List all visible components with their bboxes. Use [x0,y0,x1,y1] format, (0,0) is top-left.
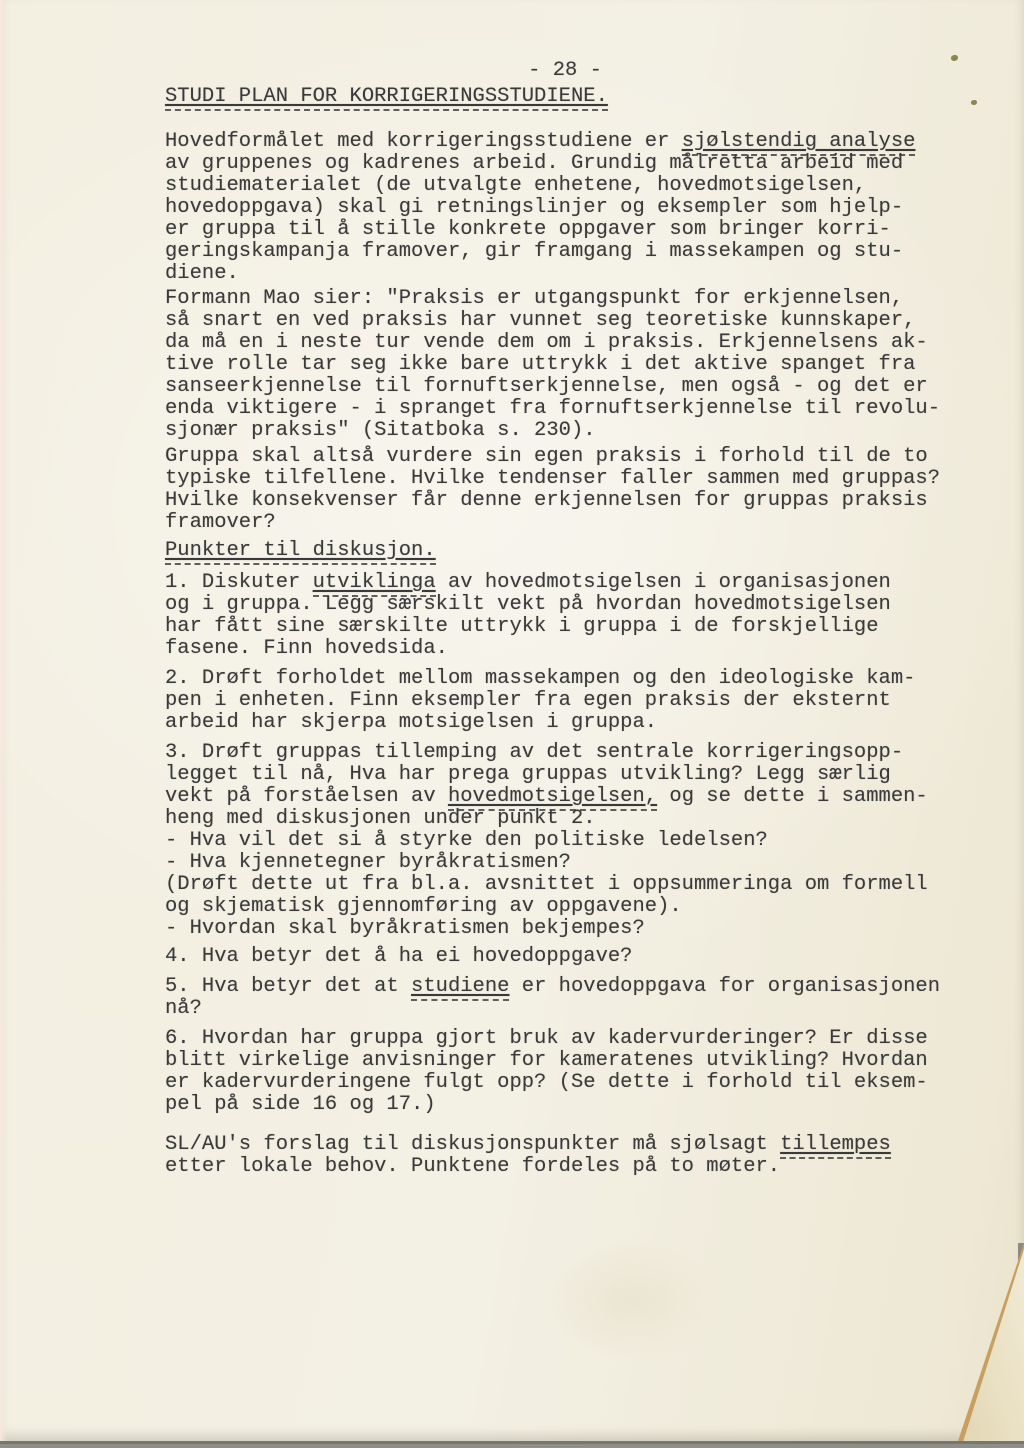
text-line: - Hva kjennetegner byråkratismen? [165,852,965,874]
text-line: sanseerkjennelse til fornuftserkjennelse… [165,376,965,398]
text-segment: - Hvordan skal byråkratismen bekjempes? [165,917,645,940]
text-line: Formann Mao sier: "Praksis er utgangspun… [165,288,965,310]
text-line: 3. Drøft gruppas tillemping av det sentr… [165,742,965,764]
text-segment: og skjematisk gjennomføring av oppgavene… [165,895,682,918]
text-line: legget til nå, Hva har prega gruppas utv… [165,764,965,786]
text-segment: er gruppa til å stille konkrete oppgaver… [165,218,891,241]
text-line: geringskampanja framover, gir framgang i… [165,241,965,263]
paragraph-gruppa: Gruppa skal altså vurdere sin egen praks… [165,446,965,534]
text-line: typiske tilfellene. Hvilke tendenser fal… [165,468,965,490]
text-segment: diene. [165,262,239,285]
text-line: heng med diskusjonen under punkt 2. [165,808,965,830]
text-line: (Drøft dette ut fra bl.a. avsnittet i op… [165,874,965,896]
text-line: diene. [165,263,965,285]
text-segment: er hovedoppgava for organisasjonen [509,975,940,998]
text-line: vekt på forståelsen av hovedmotsigelsen,… [165,786,965,808]
text-segment: da må en i neste tur vende dem om i prak… [165,331,928,354]
underlined-text: STUDI PLAN FOR KORRIGERINGSSTUDIENE. [165,85,608,111]
text-segment: - Hva kjennetegner byråkratismen? [165,851,571,874]
underlined-text: studiene [411,975,509,1001]
text-line: er gruppa til å stille konkrete oppgaver… [165,219,965,241]
text-line: studiematerialet (de utvalgte enhetene, … [165,175,965,197]
paper-sheet: - 28 -STUDI PLAN FOR KORRIGERINGSSTUDIEN… [0,0,1024,1444]
text-segment: 3. Drøft gruppas tillemping av det sentr… [165,741,903,764]
text-segment: arbeid har skjerpa motsigelsen i gruppa. [165,711,657,734]
text-line: 2. Drøft forholdet mellom massekampen og… [165,668,965,690]
text-line: blitt virkelige anvisninger for kamerate… [165,1050,965,1072]
text-line: SL/AU's forslag til diskusjonspunkter må… [165,1134,965,1156]
text-segment: - Hva vil det si å styrke den politiske … [165,829,768,852]
text-segment: typiske tilfellene. Hvilke tendenser fal… [165,467,940,490]
doc-title: STUDI PLAN FOR KORRIGERINGSSTUDIENE. [165,86,965,108]
text-line: er kadervurderingene fulgt opp? (Se dett… [165,1072,965,1094]
text-segment: og i gruppa. Legg særskilt vekt på hvord… [165,593,891,616]
page-number: - 28 - [165,60,965,82]
discussion-item-3-subquestions: - Hva vil det si å styrke den politiske … [165,830,965,940]
text-segment: 6. Hvordan har gruppa gjort bruk av kade… [165,1027,928,1050]
text-line: 6. Hvordan har gruppa gjort bruk av kade… [165,1028,965,1050]
text-segment: Gruppa skal altså vurdere sin egen praks… [165,445,928,468]
text-line: Gruppa skal altså vurdere sin egen praks… [165,446,965,468]
text-line: sjonær praksis" (Sitatboka s. 230). [165,420,965,442]
text-segment: enda viktigere - i spranget fra fornufts… [165,397,940,420]
text-line: pel på side 16 og 17.) [165,1094,965,1116]
text-segment: SL/AU's forslag til diskusjonspunkter må… [165,1133,780,1156]
underlined-text: tillempes [780,1133,891,1159]
folded-corner [958,1243,1024,1441]
photographed-document: { "colors":{ "paper":"#f3efe1", "ink":"#… [0,0,1024,1448]
text-segment: hovedoppgava) skal gi retningslinjer og … [165,196,903,219]
discussion-item-6: 6. Hvordan har gruppa gjort bruk av kade… [165,1028,965,1116]
text-line: så snart en ved praksis har vunnet seg t… [165,310,965,332]
section-heading-discussion: Punkter til diskusjon. [165,540,965,562]
text-line: tive rolle tar seg ikke bare uttrykk i d… [165,354,965,376]
text-segment: er kadervurderingene fulgt opp? (Se dett… [165,1071,928,1094]
text-line: nå? [165,998,965,1020]
text-line: Hovedformålet med korrigeringsstudiene e… [165,131,965,153]
text-segment: - 28 - [528,59,602,82]
text-segment: geringskampanja framover, gir framgang i… [165,240,903,263]
text-segment: pel på side 16 og 17.) [165,1093,436,1116]
text-line: Punkter til diskusjon. [165,540,965,562]
text-line: hovedoppgava) skal gi retningslinjer og … [165,197,965,219]
text-line: 1. Diskuter utviklinga av hovedmotsigels… [165,572,965,594]
text-line: da må en i neste tur vende dem om i prak… [165,332,965,354]
discussion-item-2: 2. Drøft forholdet mellom massekampen og… [165,668,965,734]
text-segment: 4. Hva betyr det å ha ei hovedoppgave? [165,945,632,968]
text-column: - 28 -STUDI PLAN FOR KORRIGERINGSSTUDIEN… [165,60,965,1178]
text-segment: Hvilke konsekvenser får denne erkjennels… [165,489,928,512]
paragraph-closing: SL/AU's forslag til diskusjonspunkter må… [165,1134,965,1178]
text-segment: nå? [165,997,202,1020]
text-segment: sanseerkjennelse til fornuftserkjennelse… [165,375,928,398]
paper-speck [971,100,977,105]
text-line: etter lokale behov. Punktene fordeles på… [165,1156,965,1178]
text-segment: 5. Hva betyr det at [165,975,411,998]
discussion-item-5: 5. Hva betyr det at studiene er hovedopp… [165,976,965,1020]
text-segment: fasene. Finn hovedsida. [165,637,448,660]
text-line: har fått sine særskilte uttrykk i gruppa… [165,616,965,638]
text-segment: Formann Mao sier: "Praksis er utgangspun… [165,287,903,310]
text-line: - Hvordan skal byråkratismen bekjempes? [165,918,965,940]
text-segment: av gruppenes og kadrenes arbeid. Grundig… [165,152,903,175]
text-line: og skjematisk gjennomføring av oppgavene… [165,896,965,918]
text-segment: etter lokale behov. Punktene fordeles på… [165,1155,780,1178]
paper-stain [540,1240,720,1360]
text-line: 5. Hva betyr det at studiene er hovedopp… [165,976,965,998]
text-segment: (Drøft dette ut fra bl.a. avsnittet i op… [165,873,928,896]
text-line: - Hva vil det si å styrke den politiske … [165,830,965,852]
discussion-item-4: 4. Hva betyr det å ha ei hovedoppgave? [165,946,965,968]
text-line: fasene. Finn hovedsida. [165,638,965,660]
text-line: pen i enheten. Finn eksempler fra egen p… [165,690,965,712]
text-segment: framover? [165,511,276,534]
text-segment: 2. Drøft forholdet mellom massekampen og… [165,667,915,690]
text-segment: Hovedformålet med korrigeringsstudiene e… [165,130,682,153]
discussion-item-1: 1. Diskuter utviklinga av hovedmotsigels… [165,572,965,660]
text-segment: studiematerialet (de utvalgte enhetene, … [165,174,866,197]
underlined-text: Punkter til diskusjon. [165,539,436,565]
text-segment: tive rolle tar seg ikke bare uttrykk i d… [165,353,915,376]
text-line: enda viktigere - i spranget fra fornufts… [165,398,965,420]
text-segment: har fått sine særskilte uttrykk i gruppa… [165,615,879,638]
text-segment: av hovedmotsigelsen i organisasjonen [436,571,891,594]
paragraph-purpose: Hovedformålet med korrigeringsstudiene e… [165,131,965,285]
text-segment: og se dette i sammen- [657,785,928,808]
text-line: og i gruppa. Legg særskilt vekt på hvord… [165,594,965,616]
text-line: arbeid har skjerpa motsigelsen i gruppa. [165,712,965,734]
text-segment: legget til nå, Hva har prega gruppas utv… [165,763,891,786]
text-line: - 28 - [165,60,965,82]
text-segment: heng med diskusjonen under punkt 2. [165,807,596,830]
text-segment: pen i enheten. Finn eksempler fra egen p… [165,689,891,712]
text-segment: så snart en ved praksis har vunnet seg t… [165,309,915,332]
text-segment: vekt på forståelsen av [165,785,448,808]
text-segment: 1. Diskuter [165,571,313,594]
discussion-item-3: 3. Drøft gruppas tillemping av det sentr… [165,742,965,830]
text-segment: blitt virkelige anvisninger for kamerate… [165,1049,928,1072]
text-line: framover? [165,512,965,534]
text-segment: sjonær praksis" (Sitatboka s. 230). [165,419,596,442]
text-line: STUDI PLAN FOR KORRIGERINGSSTUDIENE. [165,86,965,108]
text-line: Hvilke konsekvenser får denne erkjennels… [165,490,965,512]
text-line: av gruppenes og kadrenes arbeid. Grundig… [165,153,965,175]
text-line: 4. Hva betyr det å ha ei hovedoppgave? [165,946,965,968]
paragraph-mao-quote: Formann Mao sier: "Praksis er utgangspun… [165,288,965,442]
